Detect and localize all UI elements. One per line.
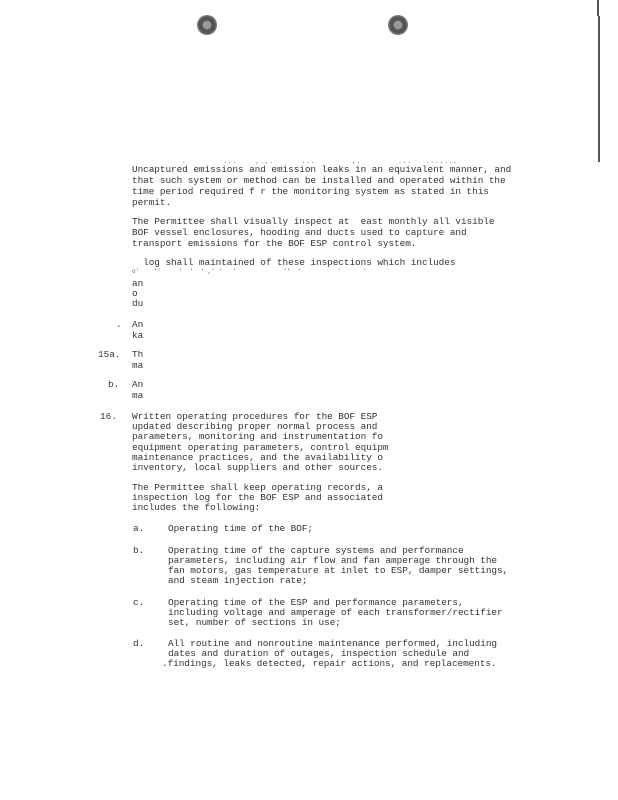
text-line: The Permittee shall visually inspect at …: [132, 216, 494, 227]
text-line: transport emissions for the BOF ESP cont…: [132, 238, 416, 249]
text-line: parameters, monitoring and instrumentati…: [132, 431, 383, 442]
text-fragment: An: [132, 379, 143, 390]
text-fragment: ka: [132, 330, 143, 341]
text-fragment: o' '' ' ' ' ,' ' ' '' ' ' ': [132, 266, 366, 277]
text-fragment: ma: [132, 390, 143, 401]
item-number: c.: [133, 597, 144, 608]
item-number: a.: [133, 523, 144, 534]
item-number: b.: [133, 545, 144, 556]
text-fragment: An: [132, 319, 143, 330]
text-line: BOF vessel enclosures, hooding and ducts…: [132, 227, 467, 238]
item-number: d.: [133, 638, 144, 649]
text-line: .findings, leaks detected, repair action…: [162, 658, 497, 669]
margin-rule: [598, 16, 600, 162]
item-number: b.: [108, 379, 119, 390]
seal-icon-right: [388, 15, 408, 35]
text-line: Uncaptured emissions and emission leaks …: [132, 164, 511, 175]
text-line: and steam injection rate;: [168, 575, 307, 586]
text-line: Operating time of the BOF;: [168, 523, 313, 534]
text-line: inventory, local suppliers and other sou…: [132, 462, 383, 473]
text-line: that such system or method can be instal…: [132, 175, 506, 186]
margin-rule: [597, 0, 599, 16]
item-number: 15a.: [98, 349, 121, 360]
item-number: 16.: [100, 411, 117, 422]
seal-icon-left: [197, 15, 217, 35]
text-line: permit.: [132, 197, 171, 208]
text-fragment: du: [132, 298, 143, 309]
text-fragment: ma: [132, 360, 143, 371]
text-line: includes the following:: [132, 502, 260, 513]
text-line: time period required f r the monitoring …: [132, 186, 489, 197]
item-number: .: [116, 319, 122, 330]
text-fragment: Th: [132, 349, 143, 360]
text-line: set, number of sections in use;: [168, 617, 341, 628]
